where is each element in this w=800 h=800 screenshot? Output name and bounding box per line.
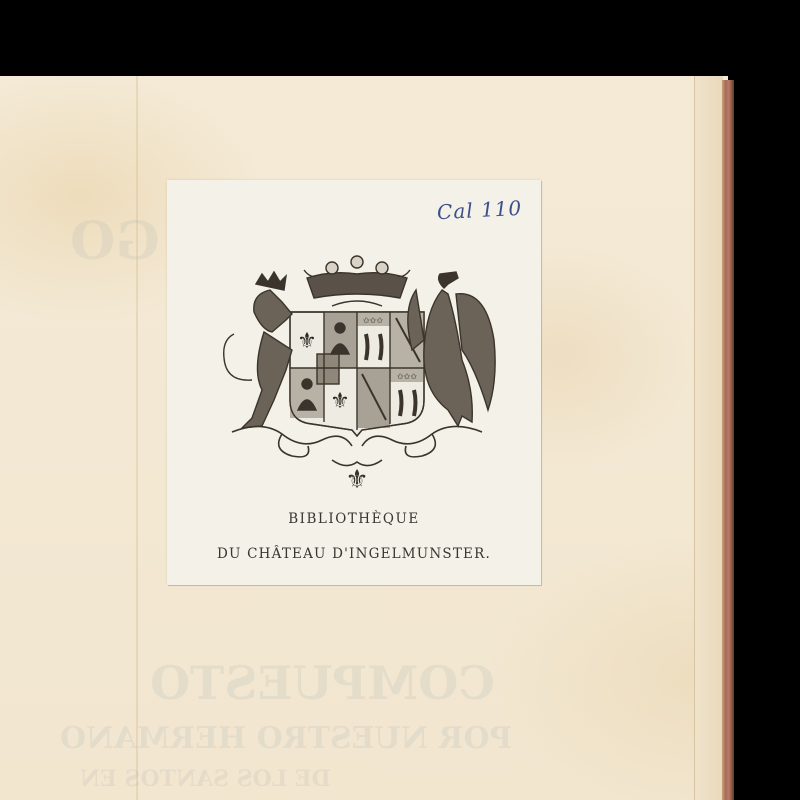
handwritten-shelfmark: Cal 110 [436, 196, 522, 224]
svg-text:⚜: ⚜ [330, 389, 350, 414]
svg-text:✩✩✩: ✩✩✩ [363, 316, 383, 325]
coronet-icon [304, 256, 410, 306]
lion-supporter-icon [224, 272, 292, 428]
svg-text:⚜: ⚜ [345, 465, 368, 495]
book-page: VO GO COMPUESTO POR NUESTRO HERMANO DE L… [0, 76, 728, 800]
adjacent-leaf-edge [694, 76, 723, 800]
coat-of-arms-icon: ⚜ ⚜ ✩✩✩ ✩✩✩ [212, 250, 502, 500]
shield-icon: ⚜ ⚜ ✩✩✩ ✩✩✩ [290, 312, 424, 436]
showthrough-compuesto: COMPUESTO [150, 656, 495, 710]
book-fore-edge [722, 80, 734, 800]
svg-text:⚜: ⚜ [297, 329, 317, 354]
bookplate-inscription-line2: DU CHÂTEAU D'INGELMUNSTER. [167, 546, 541, 562]
bookplate-inscription-line1: BIBLIOTHÈQUE [167, 511, 541, 527]
svg-text:✩✩✩: ✩✩✩ [397, 372, 417, 381]
bookplate: Cal 110 [167, 180, 541, 585]
page-fold-line [136, 76, 138, 800]
